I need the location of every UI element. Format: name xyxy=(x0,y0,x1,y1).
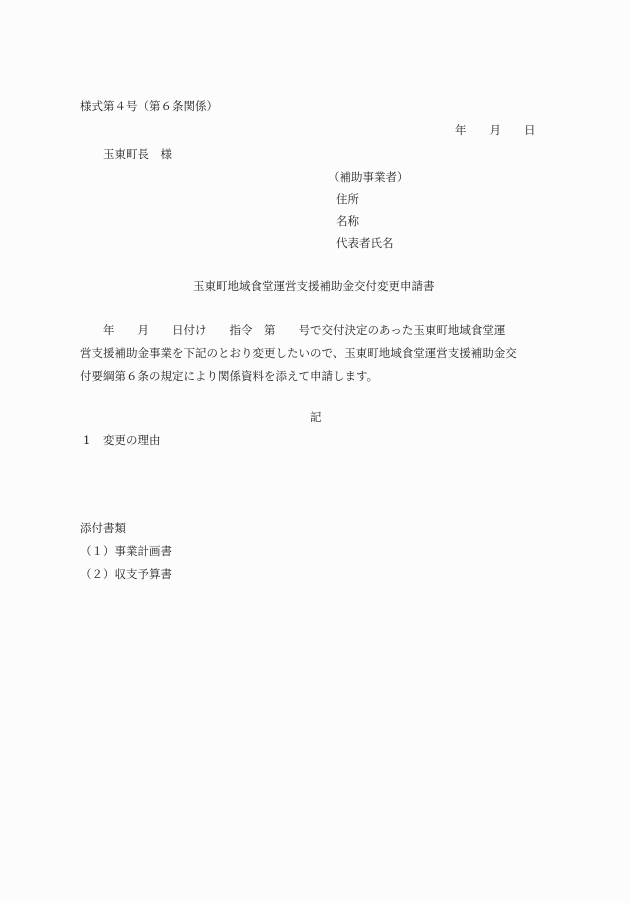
document-page: 様式第４号（第６条関係） 年 月 日 玉東町長 様 （補助事業者） 住所 名称 … xyxy=(0,0,630,903)
attachments-heading: 添付書類 xyxy=(80,521,126,535)
document-title: 玉東町地域食堂運営支援補助金交付変更申請書 xyxy=(193,279,435,293)
form-number: 様式第４号（第６条関係） xyxy=(80,99,218,113)
applicant-heading: （補助事業者） xyxy=(328,170,409,184)
attachment-item: （１）事業計画書 xyxy=(80,544,172,558)
body-line-2: 営支援補助金事業を下記のとおり変更したいので、玉東町地域食堂運営支援補助金交 xyxy=(80,346,517,360)
body-line-1: 年 月 日付け 指令 第 号で交付決定のあった玉東町地域食堂運 xyxy=(80,323,505,337)
body-line-3: 付要綱第６条の規定により関係資料を添えて申請します。 xyxy=(80,369,378,383)
addressee: 玉東町長 様 xyxy=(103,147,172,161)
date-line: 年 月 日 xyxy=(455,123,536,137)
applicant-representative-label: 代表者氏名 xyxy=(336,236,394,250)
item-label: 変更の理由 xyxy=(103,433,161,447)
ki-heading: 記 xyxy=(310,410,322,424)
applicant-name-label: 名称 xyxy=(336,214,359,228)
item-number: 1 xyxy=(83,433,90,447)
applicant-address-label: 住所 xyxy=(336,192,359,206)
attachment-item: （２）収支予算書 xyxy=(80,567,172,581)
